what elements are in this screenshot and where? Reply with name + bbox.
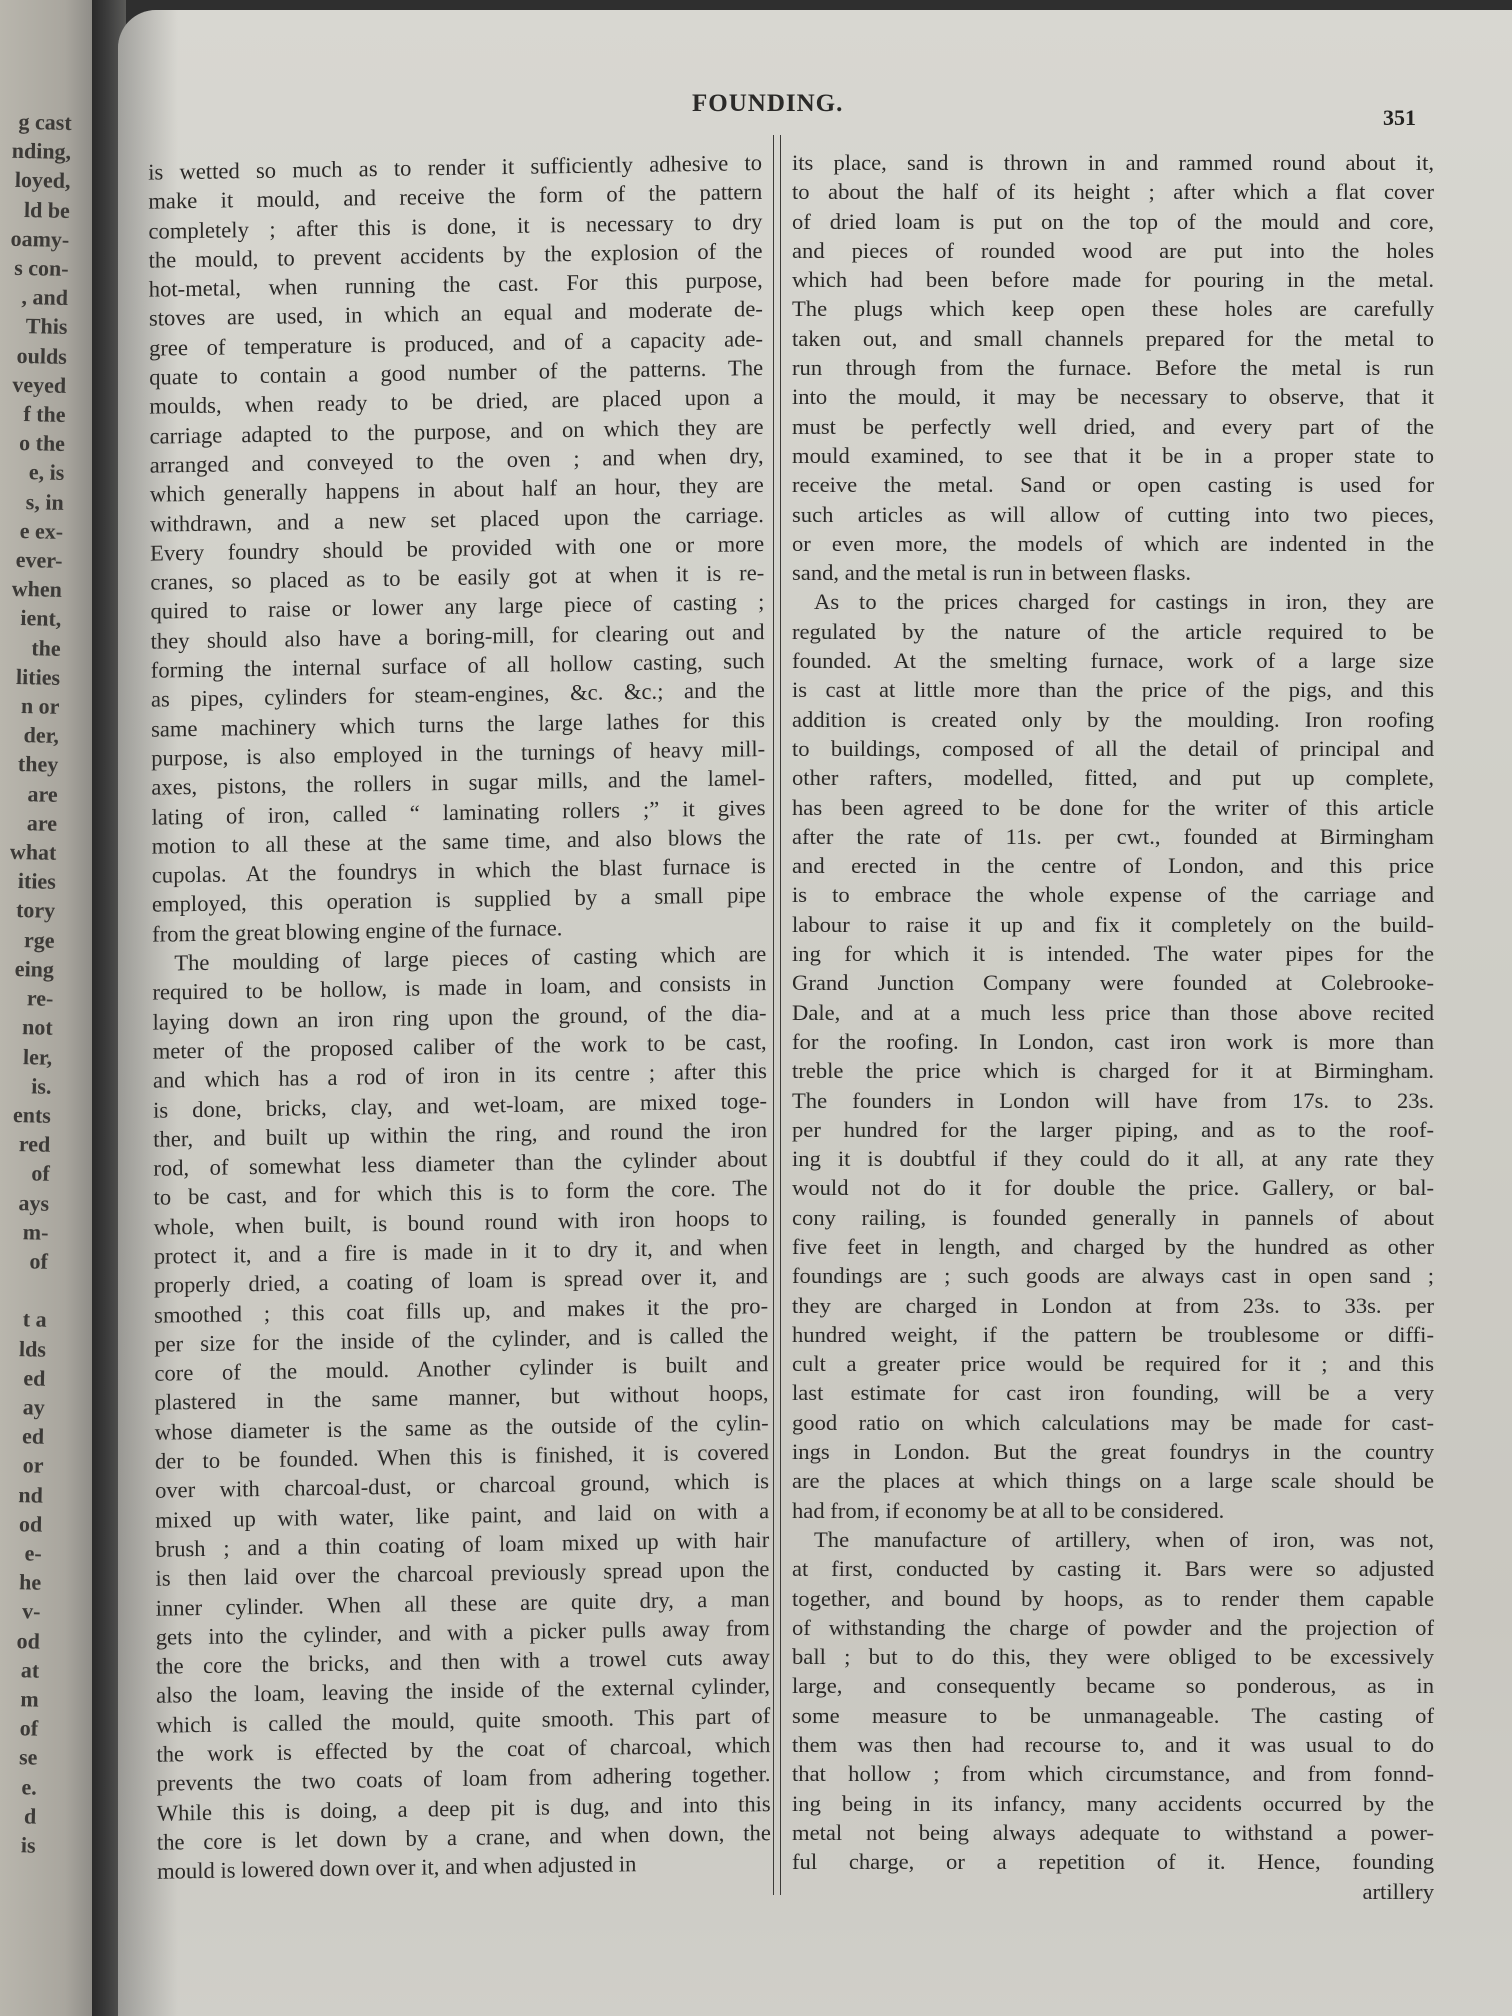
text-line: good ratio on which calculations may be … xyxy=(792,1408,1434,1437)
previous-page-fragment: ever- xyxy=(0,544,63,576)
previous-page-fragment: are xyxy=(0,806,57,838)
text-line: would not do it for double the price. Ga… xyxy=(792,1173,1434,1202)
text-line: for the roofing. In London, cast iron wo… xyxy=(792,1027,1434,1056)
text-line: they are charged in London at from 23s. … xyxy=(792,1291,1434,1320)
text-line: labour to raise it up and fix it complet… xyxy=(792,910,1434,939)
previous-page-fragment: of xyxy=(0,1244,48,1276)
text-line: such articles as will allow of cutting i… xyxy=(792,500,1434,529)
previous-page-fragment: what xyxy=(0,836,57,868)
book-page: FOUNDING. 351 is wetted so much as to re… xyxy=(118,10,1512,2016)
text-line: and erected in the centre of London, and… xyxy=(792,851,1434,880)
text-line: treble the price which is charged for it… xyxy=(792,1056,1434,1085)
previous-page-fragment: tory xyxy=(0,894,55,926)
text-line: into the mould, it may be necessary to o… xyxy=(792,382,1434,411)
previous-page-fragment: e ex- xyxy=(0,514,63,546)
previous-page-fragment: ed xyxy=(0,1361,46,1393)
text-line: has been agreed to be done for the write… xyxy=(792,793,1434,822)
text-line: The plugs which keep open these holes ar… xyxy=(792,294,1434,323)
previous-page-fragment: oulds xyxy=(0,339,67,371)
previous-page-fragment: he xyxy=(0,1566,41,1598)
text-line: is to embrace the whole expense of the c… xyxy=(792,880,1434,909)
text-line: or even more, the models of which are in… xyxy=(792,529,1434,558)
text-line: of withstanding the charge of powder and… xyxy=(792,1613,1434,1642)
previous-page-fragment: ed xyxy=(0,1420,44,1452)
previous-page-fragment: e- xyxy=(0,1536,42,1568)
previous-page-fragment: red xyxy=(0,1128,51,1160)
previous-page-fragment: ities xyxy=(0,865,56,897)
previous-page-fragment: This xyxy=(0,310,68,342)
text-line: five feet in length, and charged by the … xyxy=(792,1232,1434,1261)
previous-page-fragment: at xyxy=(0,1653,40,1685)
left-column: is wetted so much as to render it suffic… xyxy=(148,148,771,1886)
previous-page-fragment: m xyxy=(0,1682,39,1714)
previous-page-fragment: rge xyxy=(0,923,55,955)
previous-page-fragment: ents xyxy=(0,1098,51,1130)
text-line: together, and bound by hoops, as to rend… xyxy=(792,1584,1434,1613)
previous-page-fragment: ay xyxy=(0,1390,45,1422)
text-line: ball ; but to do this, they were obliged… xyxy=(792,1642,1434,1671)
previous-page-fragment: d xyxy=(0,1799,37,1831)
running-head: FOUNDING. xyxy=(692,90,843,118)
previous-page-fragment: v- xyxy=(0,1595,41,1627)
previous-page-fragment: re- xyxy=(0,982,54,1014)
previous-page-fragment: not xyxy=(0,1011,53,1043)
text-line: is cast at little more than the price of… xyxy=(792,675,1434,704)
previous-page-fragment: nding, xyxy=(0,135,71,167)
previous-page-fragment: ler, xyxy=(0,1040,52,1072)
text-line: to buildings, composed of all the detail… xyxy=(792,734,1434,763)
text-line: and pieces of rounded wood are put into … xyxy=(792,236,1434,265)
text-line: to about the half of its height ; after … xyxy=(792,177,1434,206)
previous-page-fragment: t a xyxy=(0,1303,47,1335)
column-divider-rule xyxy=(773,135,781,1895)
text-line: other rafters, modelled, fitted, and put… xyxy=(792,763,1434,792)
previous-page-fragment: lities xyxy=(0,660,60,692)
text-line: The manufacture of artillery, when of ir… xyxy=(792,1525,1434,1554)
catchword: artillery xyxy=(792,1877,1434,1906)
text-line: taken out, and small channels prepared f… xyxy=(792,324,1434,353)
previous-page-fragment: lds xyxy=(0,1332,46,1364)
previous-page-fragment: o the xyxy=(0,427,65,459)
previous-page-fragment: are xyxy=(0,777,58,809)
text-line: at first, conducted by casting it. Bars … xyxy=(792,1554,1434,1583)
previous-page-fragment: se xyxy=(0,1741,38,1773)
previous-page-fragment: m- xyxy=(0,1215,49,1247)
text-line: Grand Junction Company were founded at C… xyxy=(792,968,1434,997)
previous-page-fragment: s con- xyxy=(0,252,69,284)
previous-page-fragment: is xyxy=(0,1828,36,1860)
text-line: ing being in its infancy, many accidents… xyxy=(792,1789,1434,1818)
text-line: metal not being always adequate to withs… xyxy=(792,1818,1434,1847)
text-line: addition is created only by the moulding… xyxy=(792,705,1434,734)
previous-page-fragment: f the xyxy=(0,398,66,430)
previous-page-fragment: n or xyxy=(0,690,60,722)
previous-page-fragment: od xyxy=(0,1624,40,1656)
previous-page-fragment: ient, xyxy=(0,602,62,634)
text-line: ings in London. But the great foundrys i… xyxy=(792,1437,1434,1466)
text-line: its place, sand is thrown in and rammed … xyxy=(792,148,1434,177)
text-line: ful charge, or a repetition of it. Hence… xyxy=(792,1847,1434,1876)
previous-page-text-fragments: g castnding,loyed,ld beoamy-s con-, andT… xyxy=(0,106,72,1860)
previous-page-fragment: when xyxy=(0,573,62,605)
text-line: are the places at which things on a larg… xyxy=(792,1466,1434,1495)
text-line: large, and consequently became so ponder… xyxy=(792,1671,1434,1700)
text-line: some measure to be unmanageable. The cas… xyxy=(792,1701,1434,1730)
previous-page-fragment: , and xyxy=(0,281,68,313)
text-line: which had been before made for pouring i… xyxy=(792,265,1434,294)
text-line: As to the prices charged for castings in… xyxy=(792,587,1434,616)
previous-page-fragment: s, in xyxy=(0,485,64,517)
text-line: cult a greater price would be required f… xyxy=(792,1349,1434,1378)
previous-page-fragment xyxy=(0,1274,48,1305)
previous-page-fragment: of xyxy=(0,1712,38,1744)
previous-page-fragment: ld be xyxy=(0,193,70,225)
previous-page-fragment: loyed, xyxy=(0,164,71,196)
previous-page-fragment: they xyxy=(0,748,59,780)
text-line: per hundred for the larger piping, and a… xyxy=(792,1115,1434,1144)
text-line: that hollow ; from which circumstance, a… xyxy=(792,1759,1434,1788)
previous-page-fragment: eing xyxy=(0,952,54,984)
text-line: them was then had recourse to, and it wa… xyxy=(792,1730,1434,1759)
text-line: must be perfectly well dried, and every … xyxy=(792,412,1434,441)
previous-page-fragment: of xyxy=(0,1157,50,1189)
right-column: its place, sand is thrown in and rammed … xyxy=(792,148,1434,1906)
text-line: had from, if economy be at all to be con… xyxy=(792,1496,1434,1525)
previous-page-fragment: veyed xyxy=(0,368,66,400)
text-line: The founders in London will have from 17… xyxy=(792,1086,1434,1115)
text-line: sand, and the metal is run in between fl… xyxy=(792,558,1434,587)
previous-page-fragment: g cast xyxy=(0,106,72,138)
text-line: founded. At the smelting furnace, work o… xyxy=(792,646,1434,675)
page-number: 351 xyxy=(1383,105,1416,131)
previous-page-fragment: or xyxy=(0,1449,44,1481)
previous-page-fragment: is. xyxy=(0,1069,52,1101)
previous-page-fragment: od xyxy=(0,1507,43,1539)
text-line: mould examined, to see that it be in a p… xyxy=(792,441,1434,470)
previous-page-fragment: nd xyxy=(0,1478,43,1510)
previous-page-fragment: e, is xyxy=(0,456,65,488)
text-line: after the rate of 11s. per cwt., founded… xyxy=(792,822,1434,851)
text-line: receive the metal. Sand or open casting … xyxy=(792,470,1434,499)
text-line: ing it is doubtful if they could do it a… xyxy=(792,1144,1434,1173)
text-line: last estimate for cast iron founding, wi… xyxy=(792,1378,1434,1407)
text-line: hundred weight, if the pattern be troubl… xyxy=(792,1320,1434,1349)
text-line: foundings are ; such goods are always ca… xyxy=(792,1261,1434,1290)
text-line: cony railing, is founded generally in pa… xyxy=(792,1203,1434,1232)
previous-page-fragment: oamy- xyxy=(0,222,70,254)
text-line: of dried loam is put on the top of the m… xyxy=(792,207,1434,236)
text-line: ing for which it is intended. The water … xyxy=(792,939,1434,968)
text-line: run through from the furnace. Before the… xyxy=(792,353,1434,382)
previous-page-fragment: the xyxy=(0,631,61,663)
text-line: Dale, and at a much less price than thos… xyxy=(792,998,1434,1027)
text-line: regulated by the nature of the article r… xyxy=(792,617,1434,646)
previous-page-fragment: der, xyxy=(0,719,59,751)
previous-page-fragment: ays xyxy=(0,1186,49,1218)
previous-page-fragment: e. xyxy=(0,1770,37,1802)
